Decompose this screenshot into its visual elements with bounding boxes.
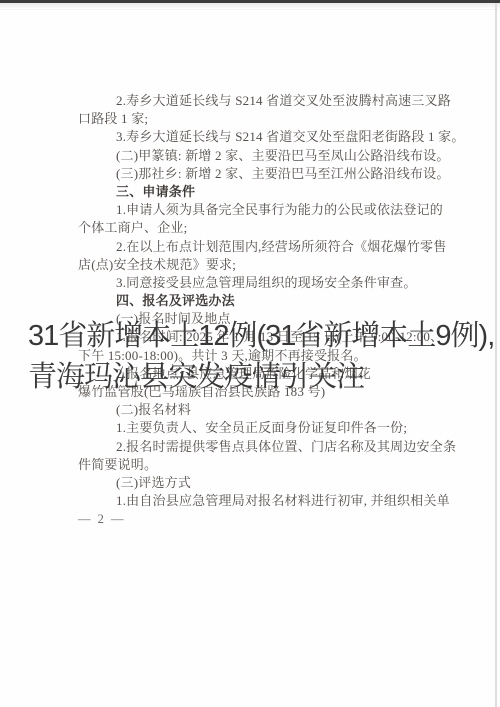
doc-line: (三)那社乡: 新增 2 家、主要沿巴马至江州公路沿线布设。	[78, 165, 468, 183]
doc-line: (二)甲篆镇: 新增 2 家、主要沿巴马至凤山公路沿线布设。	[78, 147, 468, 165]
headline-line-1: 31省新增本土12例(31省新增本土9例),	[28, 316, 494, 357]
doc-line: 1.主要负责人、安全员正反面身份证复印件各一份;	[78, 419, 468, 437]
headline-line-2: 青海玛沁县突发疫情引关注	[28, 357, 494, 398]
page-edge-line	[495, 3, 497, 707]
doc-line: 2.寿乡大道延长线与 S214 省道交叉处至波腾村高速三叉路	[78, 92, 468, 110]
doc-line: 2.报名时需提供零售点具体位置、门店名称及其周边安全条	[78, 438, 468, 456]
top-shadow	[0, 3, 500, 8]
doc-line: 2.在以上布点计划范围内,经营场所须符合《烟花爆竹零售	[78, 238, 468, 256]
doc-line: 四、报名及评选办法	[78, 292, 468, 310]
doc-line: 1.申请人须为具备完全民事行为能力的公民或依法登记的	[78, 201, 468, 219]
document-body: 2.寿乡大道延长线与 S214 省道交叉处至波腾村高速三叉路口路段 1 家;3.…	[78, 92, 468, 510]
doc-line: 三、申请条件	[78, 183, 468, 201]
top-hairline	[0, 9, 500, 10]
doc-line: 3.同意接受县应急管理局组织的现场安全条件审查。	[78, 274, 468, 292]
doc-line: 口路段 1 家;	[78, 110, 468, 128]
doc-line: (三)评选方式	[78, 474, 468, 492]
doc-line: 个体工商户、企业;	[78, 219, 468, 237]
scanned-document-page: 2.寿乡大道延长线与 S214 省道交叉处至波腾村高速三叉路口路段 1 家;3.…	[0, 0, 500, 707]
doc-line: (二)报名材料	[78, 401, 468, 419]
doc-line: 件简要说明。	[78, 456, 468, 474]
doc-line: 3.寿乡大道延长线与 S214 省道交叉处至盘阳老街路段 1 家。	[78, 128, 468, 146]
doc-line: 1.由自治县应急管理局对报名材料进行初审, 并组织相关单	[78, 492, 468, 510]
page-number: — 2 —	[78, 512, 126, 527]
doc-line: 店(点)安全技术规范》要求;	[78, 256, 468, 274]
headline-overlay: 31省新增本土12例(31省新增本土9例), 青海玛沁县突发疫情引关注	[28, 316, 494, 398]
